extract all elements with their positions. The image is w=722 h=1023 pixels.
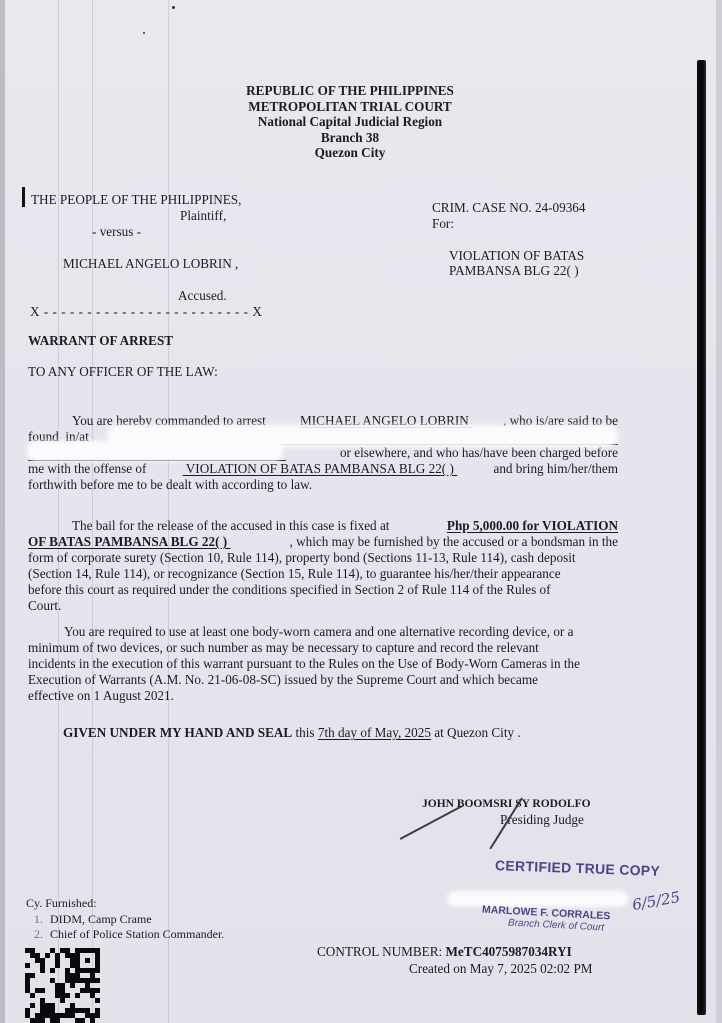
given-lead: GIVEN UNDER MY HAND AND SEAL <box>63 725 292 740</box>
paragraph-body-camera: You are required to use at least one bod… <box>28 624 618 704</box>
court-header: REPUBLIC OF THE PHILIPPINES METROPOLITAN… <box>200 83 500 161</box>
bail-amount: Php 5,000.00 for VIOLATION <box>447 518 618 534</box>
for-label: For: <box>432 216 454 232</box>
document-title: WARRANT OF ARREST <box>28 333 173 349</box>
header-city: Quezon City <box>200 145 500 161</box>
given-place: at Quezon City . <box>431 725 521 740</box>
p3-text: minimum of two devices, or such number a… <box>28 640 539 656</box>
given-date: 7th day of May, 2025 <box>318 725 431 740</box>
paragraph-bail: The bail for the release of the accused … <box>28 518 618 614</box>
scan-edge-shadow <box>697 60 706 1015</box>
scan-fold-line <box>58 0 59 1023</box>
accused-label: Accused. <box>178 288 227 304</box>
given-clause: GIVEN UNDER MY HAND AND SEAL this 7th da… <box>63 725 521 741</box>
p1-text: me with the offense of <box>28 461 150 477</box>
p2-text: (Section 14, Rule 114), or recognizance … <box>28 566 561 582</box>
plaintiff-label: Plaintiff, <box>180 208 226 224</box>
control-number: MeTC4075987034RYI <box>445 944 571 959</box>
copy-furnished-label: Cy. Furnished: <box>26 895 97 911</box>
control-number-label: CONTROL NUMBER: <box>317 944 445 959</box>
p2-text: form of corporate surety (Section 10, Ru… <box>28 550 576 566</box>
header-branch: Branch 38 <box>200 130 500 146</box>
p3-text: You are required to use at least one bod… <box>64 624 573 640</box>
p1-text: and bring him/her/them <box>490 461 618 477</box>
scan-fold-line <box>92 0 93 1023</box>
salutation: TO ANY OFFICER OF THE LAW: <box>28 364 218 380</box>
plaintiff-party: THE PEOPLE OF THE PHILIPPINES, <box>31 192 241 208</box>
control-number-line: CONTROL NUMBER: MeTC4075987034RYI <box>317 944 572 960</box>
p2-text: before this court as required under the … <box>28 582 550 598</box>
judge-name: JOHN BOOMSRI SY RODOLFO <box>422 796 591 812</box>
p1-text: forthwith before me to be dealt with acc… <box>28 477 312 493</box>
p3-text: incidents in the execution of this warra… <box>28 656 580 672</box>
offense-line-2: PAMBANSA BLG 22( ) <box>449 263 579 279</box>
p1-text: or elsewhere, and who has/have been char… <box>340 445 618 461</box>
p2-offense: OF BATAS PAMBANSA BLG 22( ) <box>28 534 230 550</box>
header-republic: REPUBLIC OF THE PHILIPPINES <box>200 83 500 99</box>
certified-true-copy-stamp: CERTIFIED TRUE COPY <box>495 857 661 879</box>
qr-code <box>25 948 100 1023</box>
judge-title: Presiding Judge <box>500 812 584 828</box>
redacted-address <box>30 444 280 458</box>
p2-text: , which may be furnished by the accused … <box>290 534 619 550</box>
offense-line-1: VIOLATION OF BATAS <box>449 248 584 264</box>
created-timestamp: Created on May 7, 2025 02:02 PM <box>409 961 593 977</box>
scan-edge-left <box>0 0 5 1023</box>
header-region: National Capital Judicial Region <box>200 114 500 130</box>
address-underline <box>28 460 286 461</box>
redacted-address <box>110 428 615 444</box>
p1-text: You are hereby commanded to arrest <box>72 413 269 429</box>
versus-label: - versus - <box>92 224 141 240</box>
case-number: CRIM. CASE NO. 24-09364 <box>432 200 586 216</box>
p1-text: , who is/are said to be <box>503 413 618 429</box>
handwritten-date: 6/5/25 <box>631 888 682 914</box>
p1-accused-name: MICHAEL ANGELO LOBRIN <box>300 413 472 429</box>
p2-text: The bail for the release of the accused … <box>72 518 393 534</box>
caption-separator: X - - - - - - - - - - - - - - - - - - - … <box>30 304 262 320</box>
given-text: this <box>292 725 318 740</box>
accused-name: MICHAEL ANGELO LOBRIN , <box>63 256 238 272</box>
scan-edge-right <box>716 0 722 1023</box>
p2-text: Court. <box>28 598 61 614</box>
p1-offense: VIOLATION OF BATAS PAMBANSA BLG 22( ) <box>183 461 457 477</box>
p3-text: effective on 1 August 2021. <box>28 688 174 704</box>
scan-speck <box>172 6 175 9</box>
header-court: METROPOLITAN TRIAL COURT <box>200 99 500 115</box>
scanned-document-page: REPUBLIC OF THE PHILIPPINES METROPOLITAN… <box>0 0 722 1023</box>
copy-item-number: 1. <box>34 911 43 927</box>
copy-item: DIDM, Camp Crame <box>50 911 152 927</box>
caption-margin-mark <box>22 187 25 207</box>
scan-speck <box>143 32 145 34</box>
p1-location-label: found in/at <box>28 429 89 445</box>
p3-text: Execution of Warrants (A.M. No. 21-06-08… <box>28 672 538 688</box>
copy-item-number: 2. <box>34 926 43 942</box>
copy-item: Chief of Police Station Commander. <box>50 926 224 942</box>
redacted-signature <box>450 894 625 904</box>
scan-fold-line <box>168 0 169 1023</box>
